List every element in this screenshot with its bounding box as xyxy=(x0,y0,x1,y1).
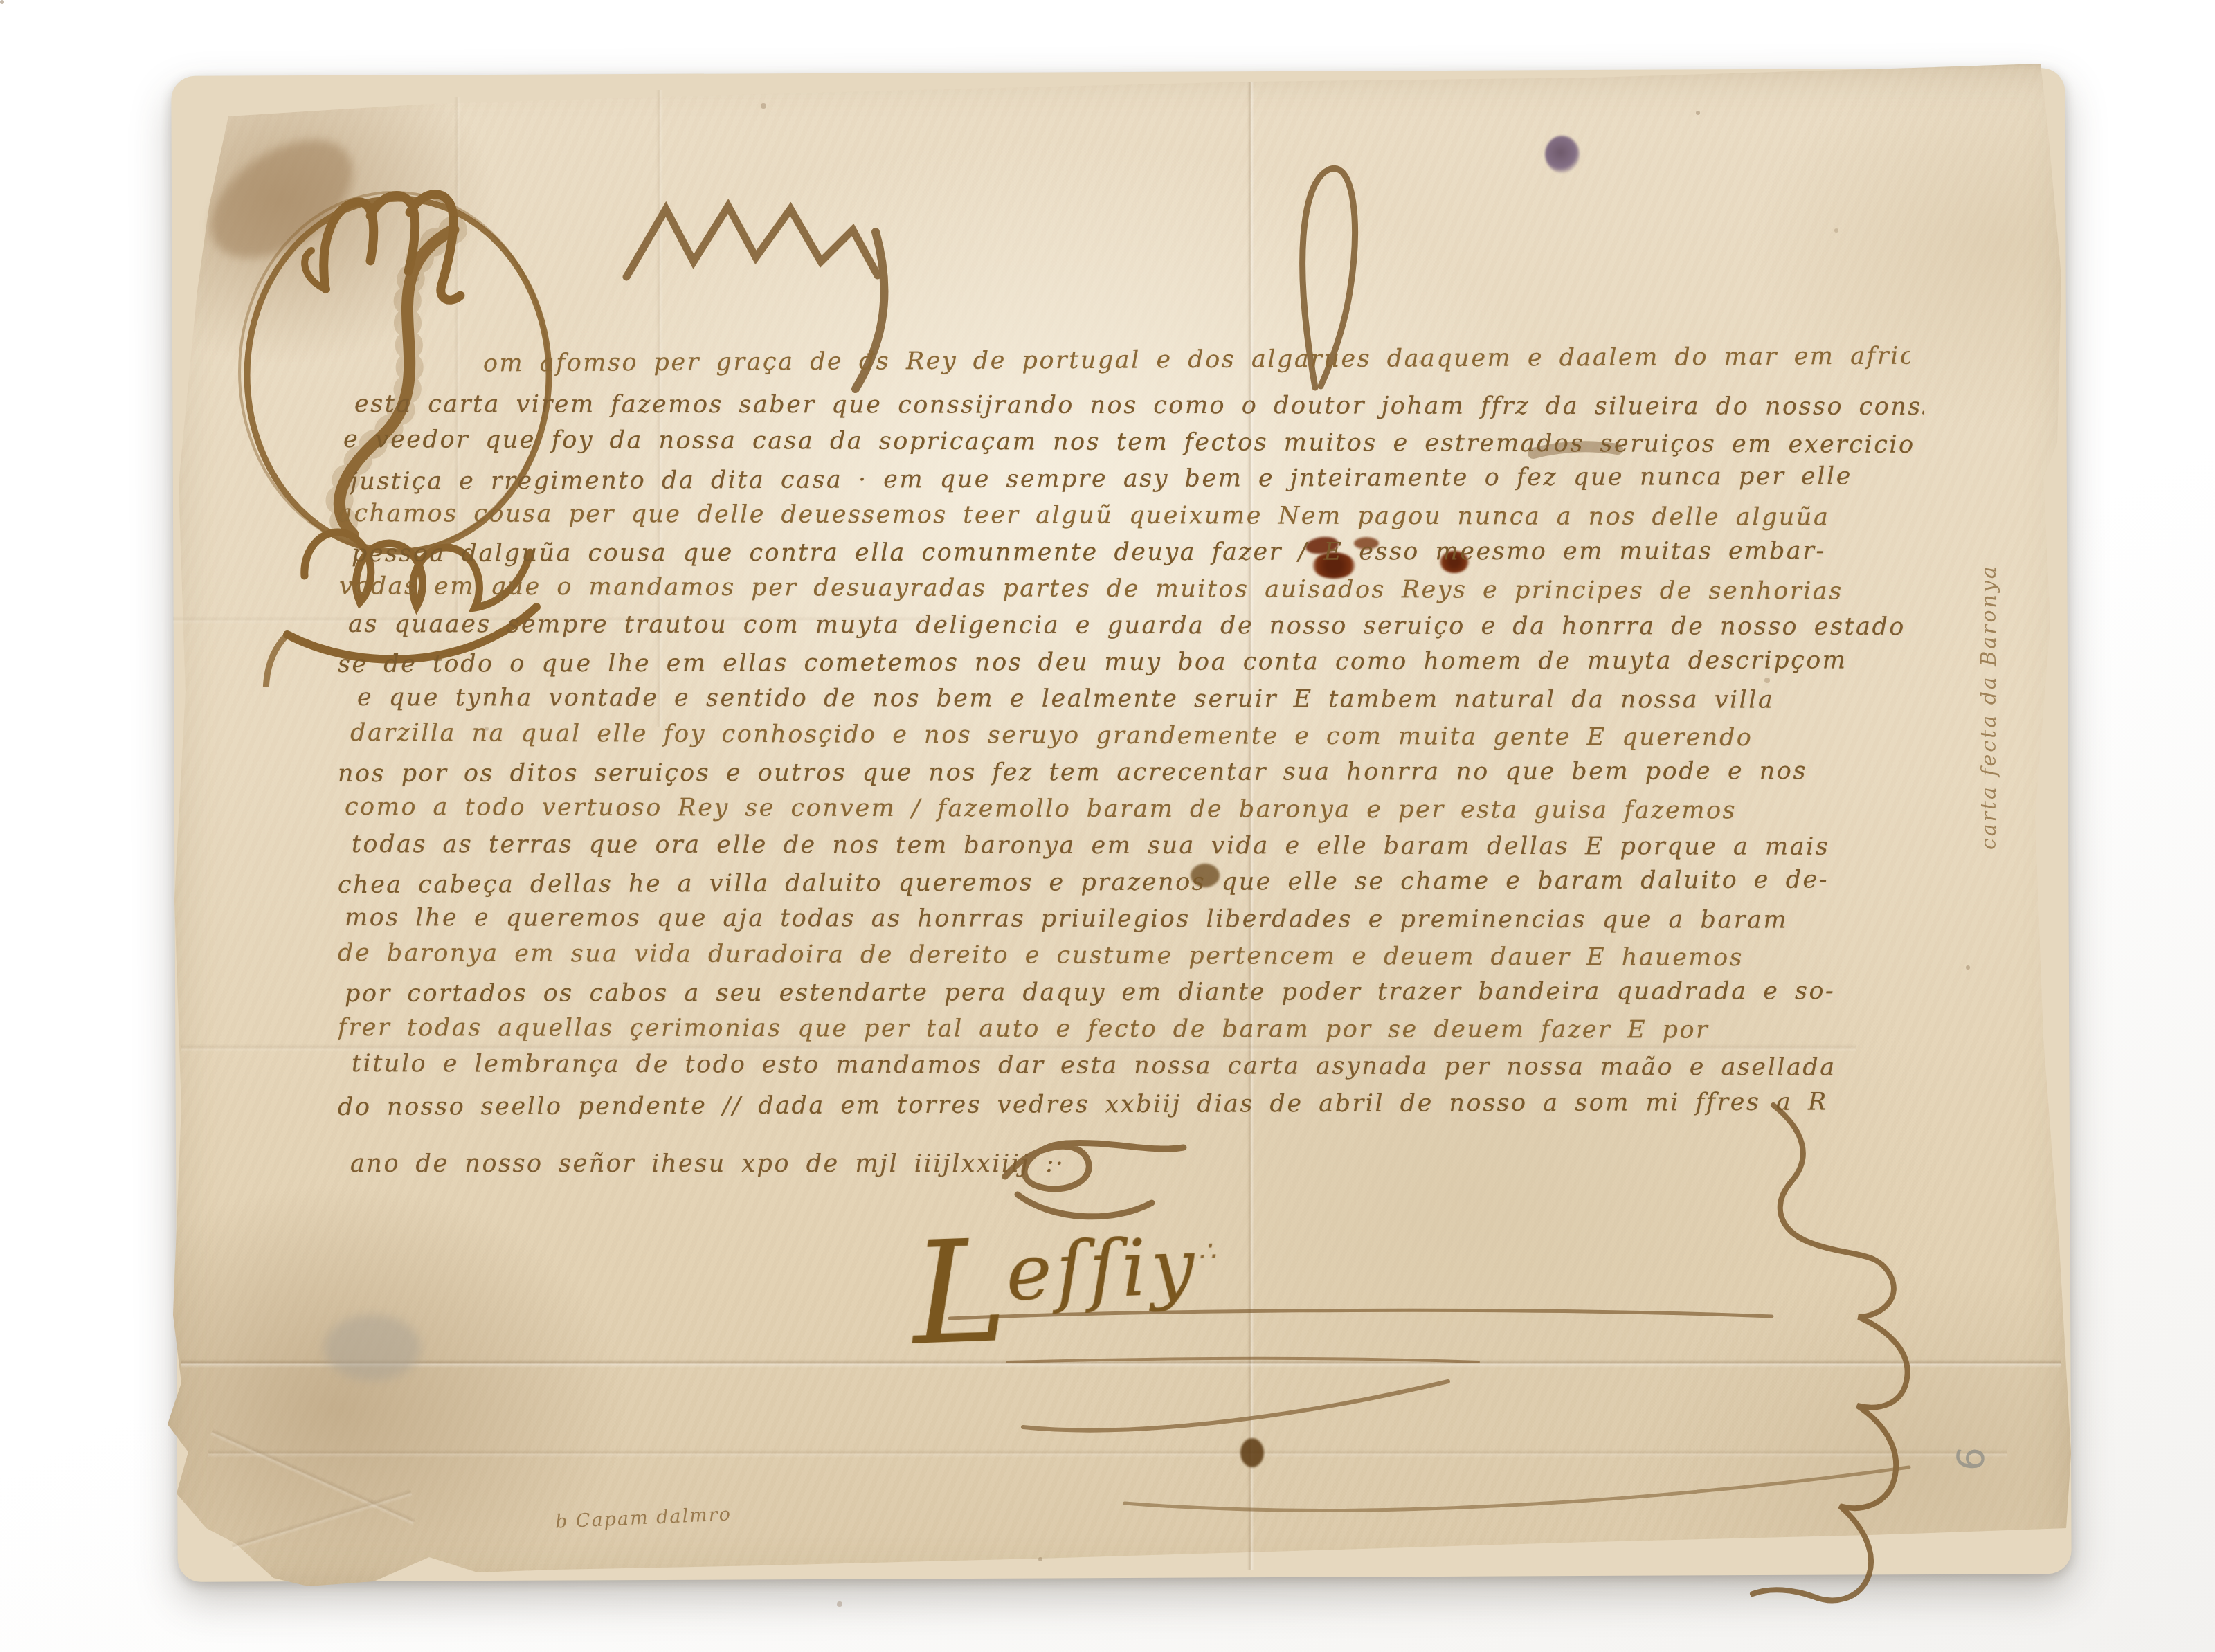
pencil-folio-mark: 9 xyxy=(1946,1444,1992,1473)
signature-marks: ∴ xyxy=(1197,1235,1216,1268)
margin-note-vertical: carta fecta da Baronya xyxy=(1977,564,2001,850)
royal-signature: Leſſiy∴ xyxy=(910,1221,1219,1356)
manuscript-line: do nosso seello pendente // dada em torr… xyxy=(338,1088,1924,1143)
signature-rest: eſſiy xyxy=(1004,1222,1200,1318)
manuscript-line-dating: ano de nosso señor ihesu xpo de mjl iiij… xyxy=(350,1150,1065,1200)
signature-initial: L xyxy=(910,1209,1009,1377)
manuscript-photo: om afomso per graça de đs Rey de portuga… xyxy=(0,0,2215,1652)
